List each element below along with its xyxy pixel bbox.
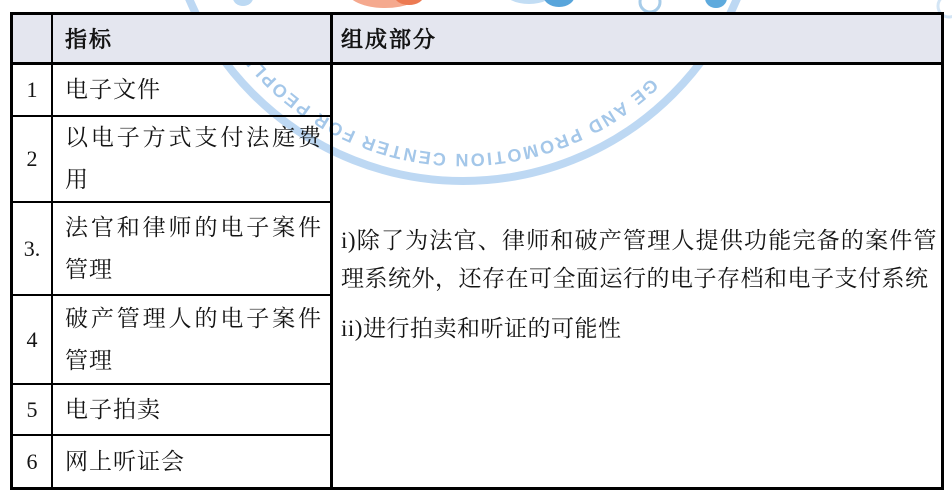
logo-blue-dot: [705, 0, 727, 8]
component-item-i: i)除了为法官、律师和破产管理人提供功能完备的案件管理系统外，还存在可全面运行的…: [341, 222, 937, 298]
indicator-cell: 法官和律师的电子案件管理: [53, 203, 333, 296]
indicator-cell: 破产管理人的电子案件管理: [53, 296, 333, 385]
header-cell-component: 组成部分: [333, 15, 941, 65]
row-number-cell: 6: [13, 436, 53, 487]
row-number-cell: 3.: [13, 203, 53, 296]
indicator-cell: 以电子方式支付法庭费用: [53, 117, 333, 203]
indicator-cell: 电子拍卖: [53, 385, 333, 436]
row-number-cell: 1: [13, 65, 53, 117]
logo-ring-outline: [640, 0, 660, 12]
row-number-cell: 5: [13, 385, 53, 436]
component-item-ii: ii)进行拍卖和听证的可能性: [341, 310, 937, 348]
page: GE AND PROMOTION CENTER FOR PEOPLE 指标 组成…: [0, 0, 952, 500]
indicator-cell: 电子文件: [53, 65, 333, 117]
row-number-cell: 4: [13, 296, 53, 385]
header-cell-index: [13, 15, 53, 65]
logo-blue-circle: [543, 0, 575, 7]
indicator-table: 指标 组成部分 1 电子文件 2 以电子方式支付法庭费用 3. 法官和律师的电子…: [10, 12, 944, 490]
row-number-cell: 2: [13, 117, 53, 203]
indicator-cell: 网上听证会: [53, 436, 333, 487]
component-cell: i)除了为法官、律师和破产管理人提供功能完备的案件管理系统外，还存在可全面运行的…: [333, 65, 941, 487]
logo-left-curve: [233, 0, 253, 6]
header-cell-indicator: 指标: [53, 15, 333, 65]
